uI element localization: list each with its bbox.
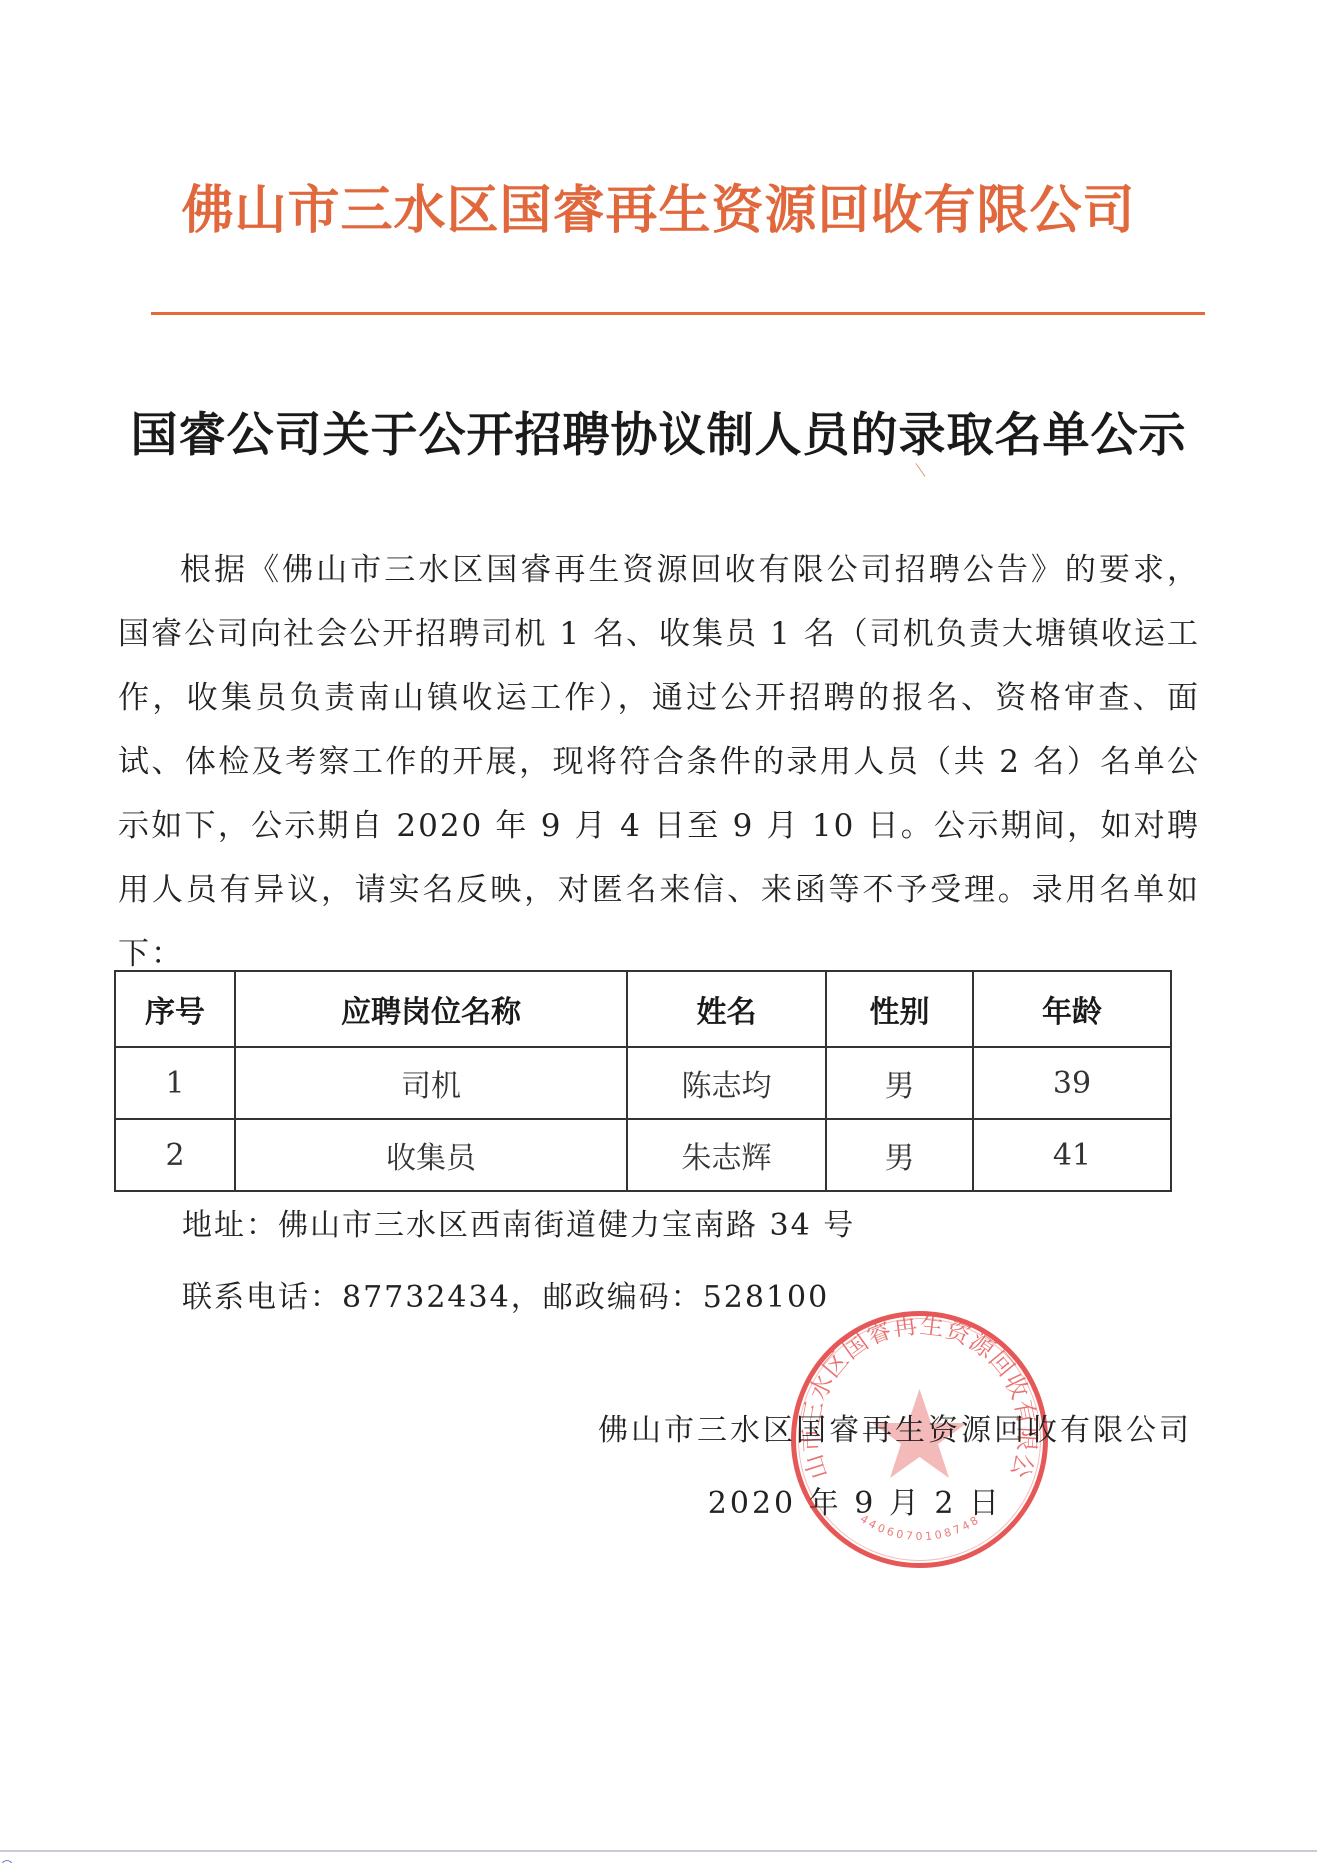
header-serial-number: 序号 [115, 971, 235, 1047]
cell-serial-number: 1 [115, 1047, 235, 1119]
cell-position: 司机 [235, 1047, 627, 1119]
cell-gender: 男 [826, 1119, 973, 1191]
document-title: 国睿公司关于公开招聘协议制人员的录取名单公示 [0, 398, 1317, 465]
header-position: 应聘岗位名称 [235, 971, 627, 1047]
cell-age: 39 [973, 1047, 1171, 1119]
cell-name: 朱志辉 [627, 1119, 826, 1191]
hiring-roster-table: 序号 应聘岗位名称 姓名 性别 年龄 1 司机 陈志均 男 39 2 收集员 朱… [114, 970, 1172, 1192]
contact-address: 地址：佛山市三水区西南街道健力宝南路 34 号 [182, 1200, 855, 1244]
cell-name: 陈志均 [627, 1047, 826, 1119]
cell-position: 收集员 [235, 1119, 627, 1191]
header-name: 姓名 [627, 971, 826, 1047]
body-text: 根据《佛山市三水区国睿再生资源回收有限公司招聘公告》的要求，国睿公司向社会公开招… [118, 538, 1200, 986]
letterhead-company-name: 佛山市三水区国睿再生资源回收有限公司 [0, 168, 1317, 243]
table-header-row: 序号 应聘岗位名称 姓名 性别 年龄 [115, 971, 1171, 1047]
scan-artifact [916, 463, 926, 477]
cell-serial-number: 2 [115, 1119, 235, 1191]
body-paragraph: 根据《佛山市三水区国睿再生资源回收有限公司招聘公告》的要求，国睿公司向社会公开招… [118, 538, 1200, 986]
cell-age: 41 [973, 1119, 1171, 1191]
header-age: 年龄 [973, 971, 1171, 1047]
signature-date: 2020 年 9 月 2 日 [302, 1478, 1002, 1522]
contact-phone-postcode: 联系电话：87732434，邮政编码：528100 [182, 1272, 829, 1316]
table-row: 2 收集员 朱志辉 男 41 [115, 1119, 1171, 1191]
letterhead-divider [151, 312, 1205, 315]
table-row: 1 司机 陈志均 男 39 [115, 1047, 1171, 1119]
signature-company-name: 佛山市三水区国睿再生资源回收有限公司 [492, 1405, 1192, 1449]
page-bottom-edge [0, 1850, 1317, 1852]
cell-gender: 男 [826, 1047, 973, 1119]
header-gender: 性别 [826, 971, 973, 1047]
svg-text:佛山市三水区国睿再生资源回收有限公司: 佛山市三水区国睿再生资源回收有限公司 [787, 1307, 1042, 1482]
